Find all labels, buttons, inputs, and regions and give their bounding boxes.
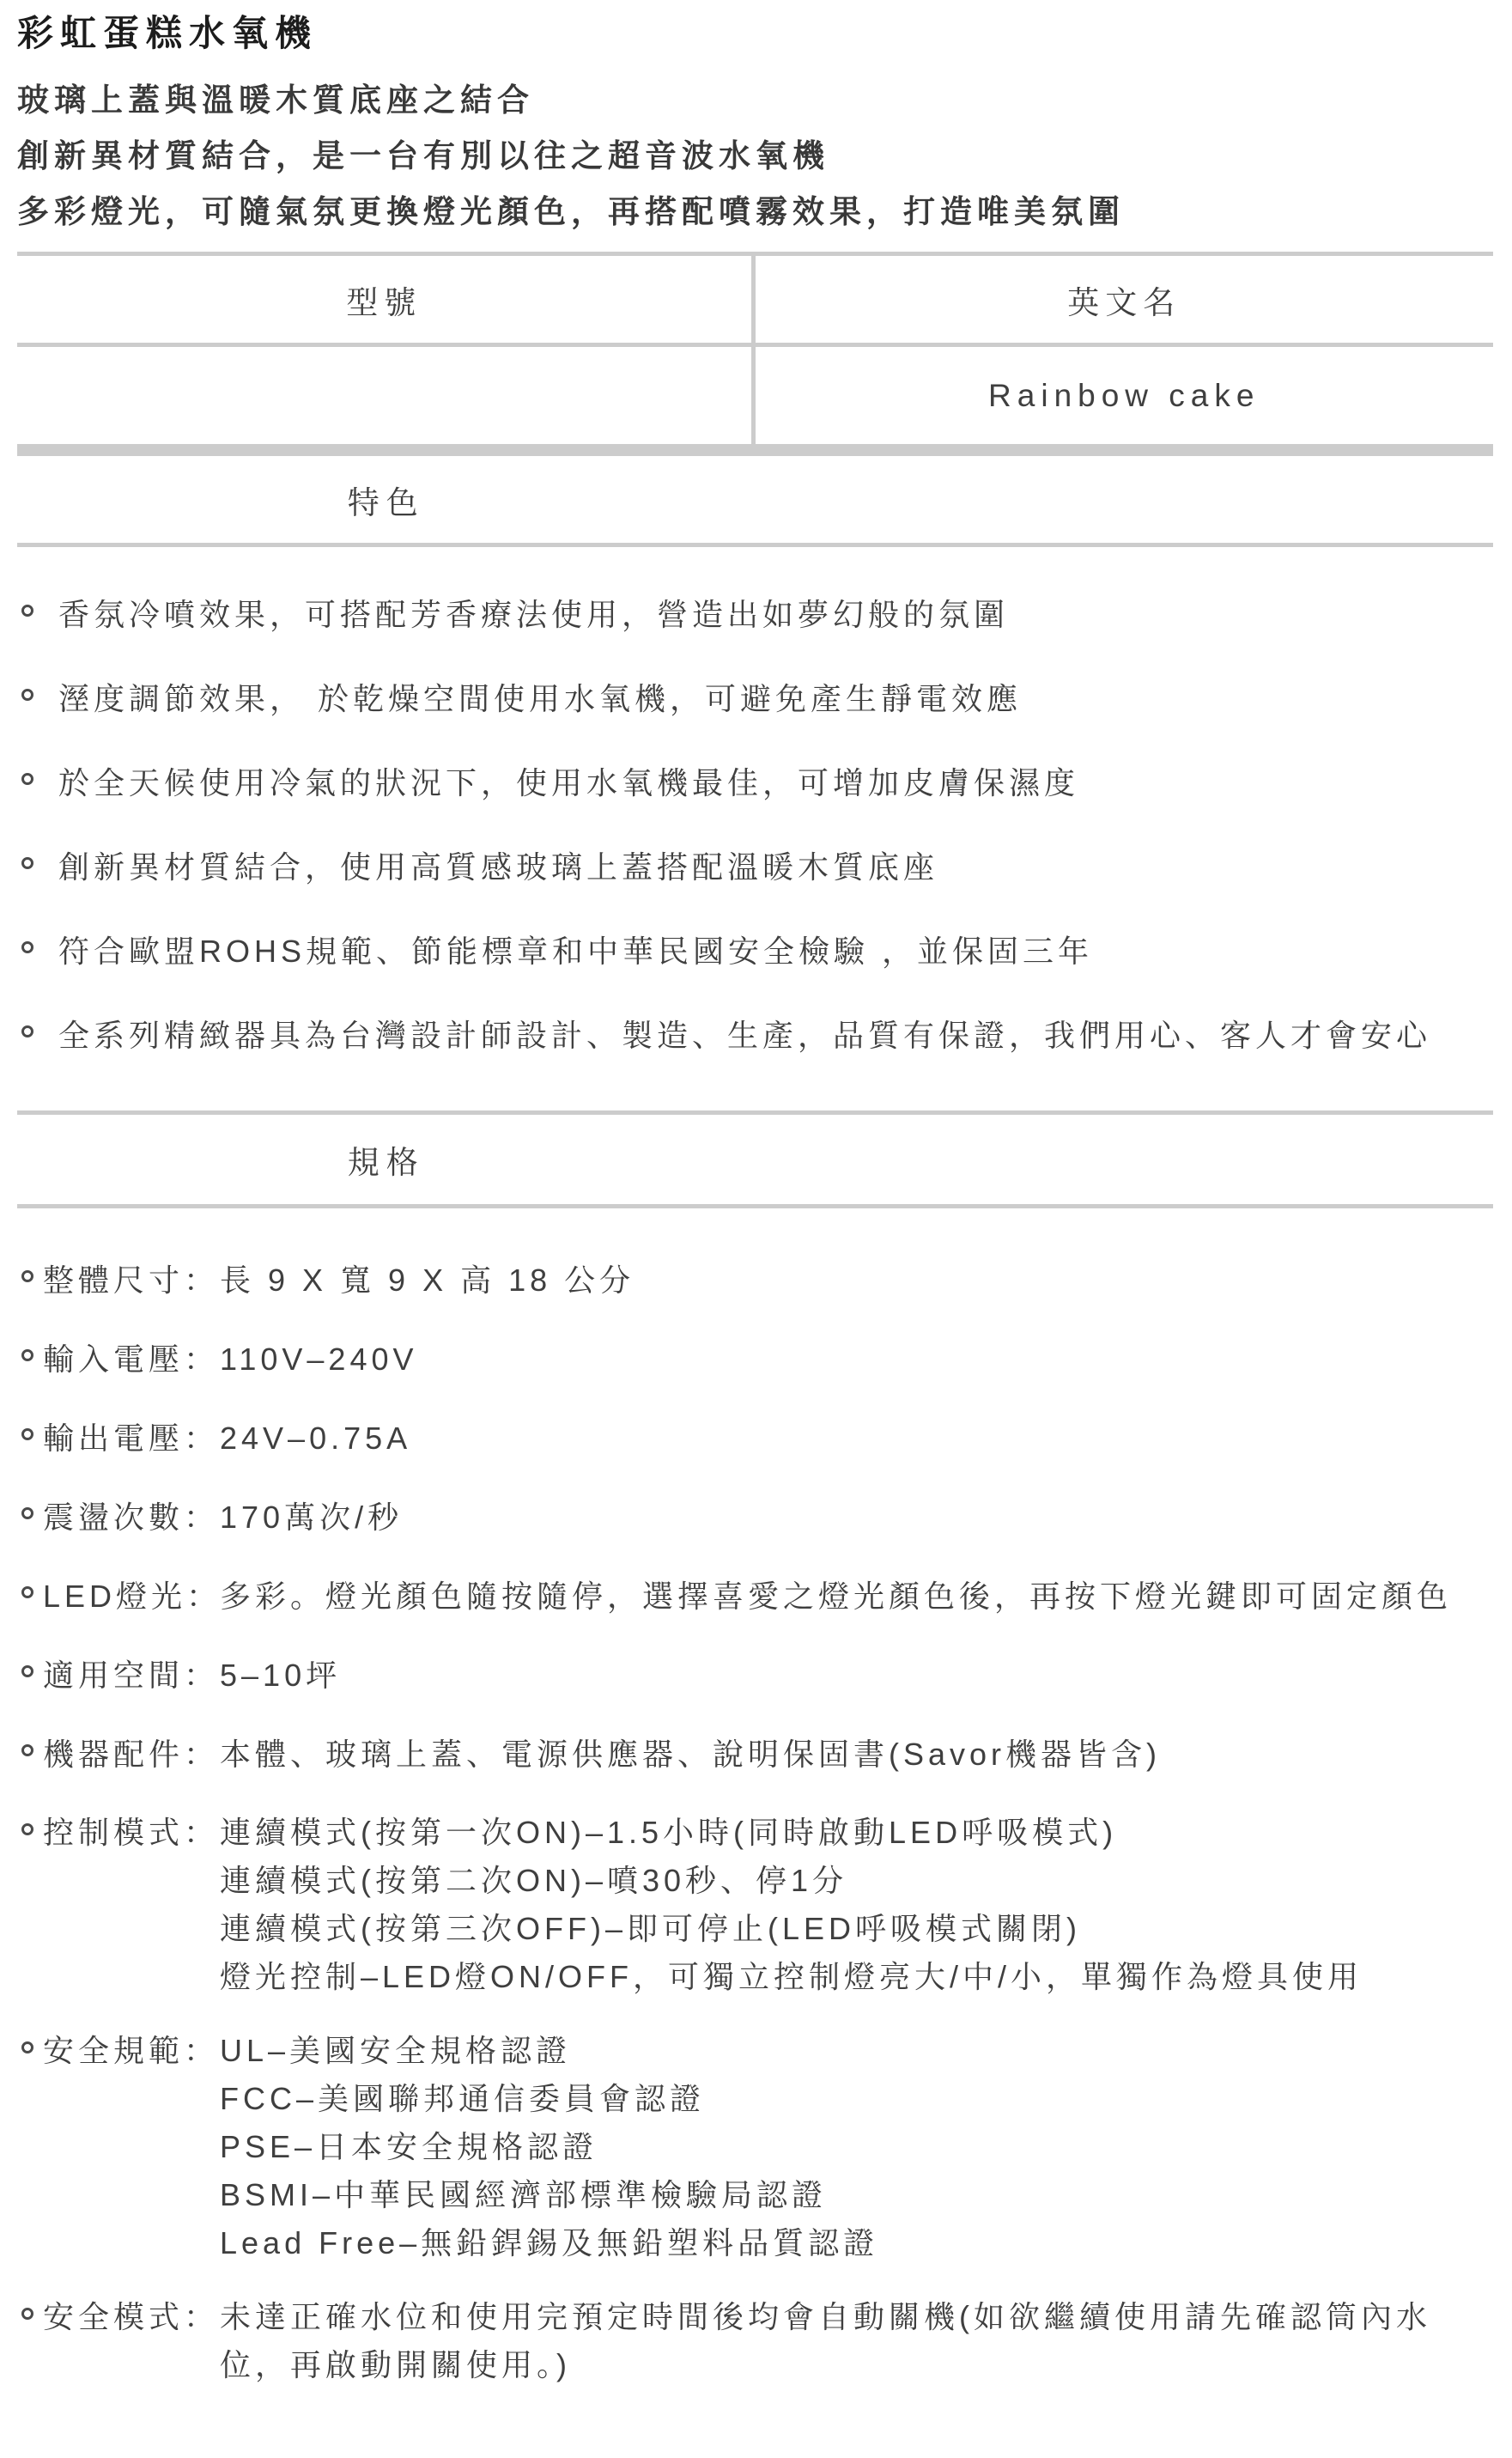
spec-item: 震盪次數：170萬次/秒 <box>17 1493 1493 1542</box>
spec-item: 整體尺寸：長 9 X 寬 9 X 高 18 公分 <box>17 1256 1493 1305</box>
bullet-icon <box>21 1744 33 1756</box>
product-spec-document: 彩虹蛋糕水氧機 玻璃上蓋與溫暖木質底座之結合 創新異材質結合，是一台有別以往之超… <box>0 12 1512 2389</box>
spec-value-line: 位，再啟動開關使用。) <box>220 2341 1493 2389</box>
feature-text: 符合歐盟ROHS規範、節能標章和中華民國安全檢驗 ，並保固三年 <box>58 934 1093 969</box>
feature-text: 創新異材質結合，使用高質感玻璃上蓋搭配溫暖木質底座 <box>58 849 938 885</box>
spec-item: 機器配件：本體、玻璃上蓋、電源供應器、說明保固書(Savor機器皆含) <box>17 1730 1493 1780</box>
bullet-icon <box>21 773 33 785</box>
spec-label: 震盪次數： <box>43 1493 219 1542</box>
feature-text: 溼度調節效果， 於乾燥空間使用水氧機，可避免產生靜電效應 <box>58 681 1022 716</box>
features-section-header: 特色 <box>17 456 756 543</box>
feature-item: 香氛冷噴效果，可搭配芳香療法使用，營造出如夢幻般的氛圍 <box>17 590 1493 640</box>
spec-item: 安全模式：未達正確水位和使用完預定時間後均會自動關機(如欲繼續使用請先確認筒內水… <box>17 2293 1493 2389</box>
bullet-icon <box>21 1025 33 1037</box>
model-table: 型號 英文名 Rainbow cake 特色 <box>17 252 1493 547</box>
feature-text: 香氛冷噴效果，可搭配芳香療法使用，營造出如夢幻般的氛圍 <box>58 597 1009 632</box>
feature-item: 於全天候使用冷氣的狀況下，使用水氧機最佳，可增加皮膚保濕度 <box>17 758 1493 808</box>
bullet-icon <box>21 1823 33 1835</box>
model-value-cell <box>17 347 756 444</box>
spec-label: 適用空間： <box>43 1651 219 1701</box>
spec-value-line: UL–美國安全規格認證 <box>220 2027 1493 2075</box>
spec-item: 安全規範：UL–美國安全規格認證FCC–美國聯邦通信委員會認證PSE–日本安全規… <box>17 2027 1493 2267</box>
specs-list: 整體尺寸：長 9 X 寬 9 X 高 18 公分輸入電壓：110V–240V輸出… <box>17 1208 1493 2389</box>
spec-value: 長 9 X 寬 9 X 高 18 公分 <box>220 1256 1493 1305</box>
spec-value-line: FCC–美國聯邦通信委員會認證 <box>220 2075 1493 2123</box>
spec-value-line: 24V–0.75A <box>220 1414 1493 1463</box>
spec-value-line: 5–10坪 <box>220 1651 1493 1701</box>
spec-label: 輸出電壓： <box>43 1414 219 1463</box>
spec-value: 未達正確水位和使用完預定時間後均會自動關機(如欲繼續使用請先確認筒內水位，再啟動… <box>220 2293 1493 2389</box>
spec-item: 輸出電壓：24V–0.75A <box>17 1414 1493 1463</box>
spec-value-line: 連續模式(按第三次OFF)–即可停止(LED呼吸模式關閉) <box>220 1905 1493 1953</box>
spec-value: 170萬次/秒 <box>220 1493 1493 1542</box>
spec-label: LED燈光： <box>43 1572 222 1621</box>
spec-value-line: 連續模式(按第一次ON)–1.5小時(同時啟動LED呼吸模式) <box>220 1809 1493 1857</box>
spec-item: 控制模式：連續模式(按第一次ON)–1.5小時(同時啟動LED呼吸模式)連續模式… <box>17 1809 1493 2001</box>
feature-text: 全系列精緻器具為台灣設計師設計、製造、生產，品質有保證，我們用心、客人才會安心 <box>58 1018 1431 1053</box>
spec-value-line: PSE–日本安全規格認證 <box>220 2123 1493 2171</box>
spec-value-line: BSMI–中華民國經濟部標準檢驗局認證 <box>220 2171 1493 2219</box>
specs-section-header: 規格 <box>17 1115 756 1204</box>
table-header-row: 型號 英文名 <box>17 256 1493 347</box>
spec-label: 整體尺寸： <box>43 1256 219 1305</box>
bullet-icon <box>21 2041 33 2053</box>
spec-value: 110V–240V <box>220 1335 1493 1384</box>
spec-item: LED燈光：多彩。燈光顏色隨按隨停，選擇喜愛之燈光顏色後，再按下燈光鍵即可固定顏… <box>17 1572 1493 1621</box>
feature-item: 全系列精緻器具為台灣設計師設計、製造、生產，品質有保證，我們用心、客人才會安心 <box>17 1011 1493 1061</box>
spec-value-line: 未達正確水位和使用完預定時間後均會自動關機(如欲繼續使用請先確認筒內水 <box>220 2293 1493 2341</box>
bullet-icon <box>21 941 33 953</box>
spec-label: 安全模式： <box>43 2293 219 2341</box>
bullet-icon <box>21 1665 33 1677</box>
bullet-icon <box>21 1586 33 1598</box>
subtitle-block: 玻璃上蓋與溫暖木質底座之結合 創新異材質結合，是一台有別以往之超音波水氧機 多彩… <box>17 72 1493 240</box>
spec-item: 輸入電壓：110V–240V <box>17 1335 1493 1384</box>
features-list: 香氛冷噴效果，可搭配芳香療法使用，營造出如夢幻般的氛圍溼度調節效果， 於乾燥空間… <box>17 547 1493 1110</box>
spec-value-line: 燈光控制–LED燈ON/OFF，可獨立控制燈亮大/中/小，單獨作為燈具使用 <box>220 1953 1493 2001</box>
subtitle-line: 玻璃上蓋與溫暖木質底座之結合 <box>17 72 1493 128</box>
bullet-icon <box>21 605 33 617</box>
features-header-row: 特色 <box>17 456 1493 547</box>
spec-label: 安全規範： <box>43 2027 219 2075</box>
bullet-icon <box>21 1270 33 1282</box>
spec-value-line: 170萬次/秒 <box>220 1493 1493 1542</box>
spec-value: UL–美國安全規格認證FCC–美國聯邦通信委員會認證PSE–日本安全規格認證BS… <box>220 2027 1493 2267</box>
spec-label: 輸入電壓： <box>43 1335 219 1384</box>
spec-item: 適用空間：5–10坪 <box>17 1651 1493 1701</box>
bullet-icon <box>21 857 33 869</box>
subtitle-line: 多彩燈光，可隨氣氛更換燈光顏色，再搭配噴霧效果，打造唯美氛圍 <box>17 184 1493 240</box>
spec-value-line: 長 9 X 寬 9 X 高 18 公分 <box>220 1256 1493 1305</box>
thick-divider <box>17 444 1493 456</box>
specs-header-row: 規格 <box>17 1110 1493 1208</box>
table-value-row: Rainbow cake <box>17 347 1493 444</box>
spec-value-line: 110V–240V <box>220 1335 1493 1384</box>
bullet-icon <box>21 1349 33 1361</box>
bullet-icon <box>21 1507 33 1519</box>
page-title: 彩虹蛋糕水氧機 <box>17 12 1493 55</box>
feature-item: 創新異材質結合，使用高質感玻璃上蓋搭配溫暖木質底座 <box>17 843 1493 892</box>
feature-item: 溼度調節效果， 於乾燥空間使用水氧機，可避免產生靜電效應 <box>17 674 1493 724</box>
spec-value-line: Lead Free–無鉛銲錫及無鉛塑料品質認證 <box>220 2219 1493 2267</box>
bullet-icon <box>21 2308 33 2320</box>
english-name-header-cell: 英文名 <box>756 256 1494 343</box>
spec-label: 機器配件： <box>43 1730 219 1780</box>
spec-value: 多彩。燈光顏色隨按隨停，選擇喜愛之燈光顏色後，再按下燈光鍵即可固定顏色 <box>220 1572 1493 1621</box>
subtitle-line: 創新異材質結合，是一台有別以往之超音波水氧機 <box>17 128 1493 184</box>
spec-value-line: 多彩。燈光顏色隨按隨停，選擇喜愛之燈光顏色後，再按下燈光鍵即可固定顏色 <box>220 1572 1493 1621</box>
spec-value: 5–10坪 <box>220 1651 1493 1701</box>
model-header-cell: 型號 <box>17 256 756 343</box>
spec-value-line: 連續模式(按第二次ON)–噴30秒、停1分 <box>220 1857 1493 1905</box>
spec-value: 連續模式(按第一次ON)–1.5小時(同時啟動LED呼吸模式)連續模式(按第二次… <box>220 1809 1493 2001</box>
english-name-value-cell: Rainbow cake <box>756 347 1494 444</box>
feature-text: 於全天候使用冷氣的狀況下，使用水氧機最佳，可增加皮膚保濕度 <box>58 765 1079 800</box>
spec-label: 控制模式： <box>43 1809 219 1857</box>
spec-value-line: 本體、玻璃上蓋、電源供應器、說明保固書(Savor機器皆含) <box>220 1730 1493 1780</box>
bullet-icon <box>21 1428 33 1440</box>
feature-item: 符合歐盟ROHS規範、節能標章和中華民國安全檢驗 ，並保固三年 <box>17 927 1493 977</box>
spec-value: 本體、玻璃上蓋、電源供應器、說明保固書(Savor機器皆含) <box>220 1730 1493 1780</box>
bullet-icon <box>21 689 33 701</box>
spec-value: 24V–0.75A <box>220 1414 1493 1463</box>
